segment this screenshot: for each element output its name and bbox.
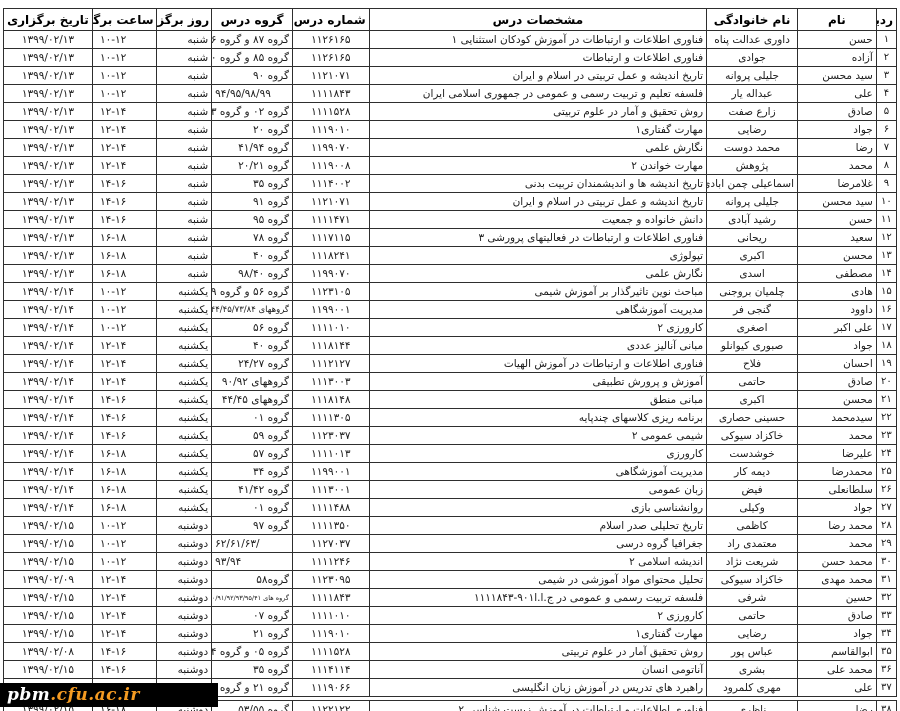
date-cell: ۱۳۹۹/۰۲/۱۵	[4, 553, 93, 571]
time-cell: ۱۴-۱۶	[92, 193, 156, 211]
course-number-cell: ۱۱۱۱۸۴۳	[292, 85, 369, 103]
date-cell: ۱۳۹۹/۰۲/۱۴	[4, 499, 93, 517]
table-row: ۱حسنداوری عدالت پناهفناوری اطلاعات و ارت…	[4, 31, 897, 49]
course-group-cell: گروه ۴۰	[212, 337, 293, 355]
course-title-cell: تاریخ اندیشه و عمل تربیتی در اسلام و ایر…	[369, 193, 706, 211]
row-number-cell: ۲	[876, 49, 896, 67]
row-number-cell: ۲۸	[876, 517, 896, 535]
first-name-cell: سلطانعلی	[798, 481, 877, 499]
row-number-cell: ۱۶	[876, 301, 896, 319]
time-cell: ۱۲-۱۴	[92, 157, 156, 175]
row-number-cell: ۲۹	[876, 535, 896, 553]
course-title-cell: برنامه ریزی کلاسهای چندپایه	[369, 409, 706, 427]
course-group-cell: گروه ۰۱	[212, 499, 293, 517]
table-row: ۳۳صادقحاتمیکارورزی ۲۱۱۱۱۰۱۰گروه ۰۷دوشنبه…	[4, 607, 897, 625]
row-number-cell: ۲۳	[876, 427, 896, 445]
course-number-cell: ۱۱۲۳۰۳۷	[292, 427, 369, 445]
date-cell: ۱۳۹۹/۰۲/۰۹	[4, 571, 93, 589]
table-row: ۳۶محمد علیبشریآناتومی انسان۱۱۱۴۱۱۴گروه ۳…	[4, 661, 897, 679]
course-group-cell: گروه۵۸	[212, 571, 293, 589]
last-name-cell: اسماعیلی چمن ابادی	[707, 175, 798, 193]
row-number-cell: ۳۳	[876, 607, 896, 625]
date-cell: ۱۳۹۹/۰۲/۱۴	[4, 373, 93, 391]
course-title-cell: آناتومی انسان	[369, 661, 706, 679]
date-cell: ۱۳۹۹/۰۲/۱۴	[4, 463, 93, 481]
table-row: ۸محمدپژوهشمهارت خواندن ۲۱۱۱۹۰۰۸گروه ۲۰/۲…	[4, 157, 897, 175]
course-group-cell: گروه ۹۰	[212, 67, 293, 85]
table-row: ۴علیعبداله یارفلسفه تعلیم و تربیت رسمی و…	[4, 85, 897, 103]
table-row: ۲آزادهجوادیفناوری اطلاعات و ارتباطات۱۱۲۶…	[4, 49, 897, 67]
first-name-cell: علی	[798, 85, 877, 103]
time-cell: ۱۲-۱۴	[92, 607, 156, 625]
day-cell: یکشنبه	[156, 409, 212, 427]
exam-schedule-table: ردیف نام نام خانوادگی مشخصات درس شماره د…	[3, 8, 897, 711]
table-row: ۱۱حسنرشید آبادیدانش خانواده و جمعیت۱۱۱۱۴…	[4, 211, 897, 229]
course-title-cell: مدیریت آموزشگاهی	[369, 463, 706, 481]
day-cell: دوشنبه	[156, 589, 212, 607]
day-cell: شنبه	[156, 49, 212, 67]
table-row: ۲۱محسناکبریمبانی منطق۱۱۱۸۱۴۸گروههای ۴۴/۴…	[4, 391, 897, 409]
first-name-cell: رضا	[798, 139, 877, 157]
course-number-cell: ۱۱۲۳۱۰۵	[292, 283, 369, 301]
date-cell: ۱۳۹۹/۰۲/۱۳	[4, 49, 93, 67]
date-cell: ۱۳۹۹/۰۲/۱۳	[4, 157, 93, 175]
time-cell: ۱۲-۱۴	[92, 121, 156, 139]
table-row: ۹غلامرضااسماعیلی چمن ابادیتاریخ اندیشه ه…	[4, 175, 897, 193]
date-cell: ۱۳۹۹/۰۲/۰۸	[4, 643, 93, 661]
row-number-cell: ۷	[876, 139, 896, 157]
first-name-cell: جواد	[798, 625, 877, 643]
last-name-cell: خوشدست	[707, 445, 798, 463]
row-number-cell: ۲۵	[876, 463, 896, 481]
course-number-cell: ۱۱۹۹۰۷۰	[292, 139, 369, 157]
course-title-cell: روانشناسی بازی	[369, 499, 706, 517]
first-name-cell: مصطفی	[798, 265, 877, 283]
course-group-cell: گروه ۰۱	[212, 409, 293, 427]
day-cell: شنبه	[156, 175, 212, 193]
date-cell: ۱۳۹۹/۰۲/۱۴	[4, 337, 93, 355]
table-row: ۱۲سعیدریحانیفناوری اطلاعات و ارتباطات در…	[4, 229, 897, 247]
last-name-cell: معتمدی راد	[707, 535, 798, 553]
course-title-cell: تپولوژی	[369, 247, 706, 265]
table-row: ۱۶داوودگنجی فرمدیریت آموزشگاهی۱۱۹۹۰۰۱گرو…	[4, 301, 897, 319]
time-cell: ۱۶-۱۸	[92, 499, 156, 517]
day-cell: دوشنبه	[156, 607, 212, 625]
first-name-cell: جواد	[798, 121, 877, 139]
course-group-cell: گروههای ۴۴/۴۵/۷۳/۸۴	[212, 301, 293, 319]
course-group-cell: گروه ۹۵	[212, 211, 293, 229]
day-cell: یکشنبه	[156, 355, 212, 373]
course-title-cell: نگارش علمی	[369, 265, 706, 283]
course-group-cell: گروه های ۹۰/۹۱/۹۲/۹۳/۹۵/۴۱	[212, 589, 293, 607]
header-row-number: ردیف	[876, 9, 896, 31]
course-title-cell: فلسفه تربیت رسمی و عمومی در ج.ا.ا۹۰۱-۱۱۱…	[369, 589, 706, 607]
date-cell: ۱۳۹۹/۰۲/۱۵	[4, 517, 93, 535]
day-cell: شنبه	[156, 265, 212, 283]
date-cell: ۱۳۹۹/۰۲/۱۳	[4, 211, 93, 229]
row-number-cell: ۳۰	[876, 553, 896, 571]
course-number-cell: ۱۱۲۶۱۶۵	[292, 49, 369, 67]
course-number-cell: ۱۱۲۷۰۳۷	[292, 535, 369, 553]
first-name-cell: علی	[798, 679, 877, 697]
first-name-cell: حسین	[798, 589, 877, 607]
last-name-cell: جوادی	[707, 49, 798, 67]
date-cell: ۱۳۹۹/۰۲/۱۵	[4, 607, 93, 625]
course-group-cell: ۶۲/۶۱/۶۳/	[212, 535, 293, 553]
last-name-cell: رضایی	[707, 625, 798, 643]
course-title-cell: مبانی آنالیز عددی	[369, 337, 706, 355]
date-cell: ۱۳۹۹/۰۲/۱۳	[4, 31, 93, 49]
last-name-cell: عبداله یار	[707, 85, 798, 103]
last-name-cell: فیض	[707, 481, 798, 499]
last-name-cell: صبوری کیوانلو	[707, 337, 798, 355]
table-row: ۶جوادرضاییمهارت گفتاری۱۱۱۱۹۰۱۰گروه ۲۰شنب…	[4, 121, 897, 139]
time-cell: ۱۲-۱۴	[92, 103, 156, 121]
date-cell: ۱۳۹۹/۰۲/۱۳	[4, 193, 93, 211]
row-number-cell: ۱۷	[876, 319, 896, 337]
course-group-cell: گروه ۵۹	[212, 427, 293, 445]
course-group-cell: گروه ۸۵ و گروه ۸۰	[212, 49, 293, 67]
first-name-cell: احسان	[798, 355, 877, 373]
last-name-cell: ریحانی	[707, 229, 798, 247]
last-name-cell: خاکزاد سیوکی	[707, 427, 798, 445]
row-number-cell: ۳۲	[876, 589, 896, 607]
day-cell: شنبه	[156, 85, 212, 103]
table-row: ۳۵ابوالقاسمعباس پورروش تحقیق آمار در علو…	[4, 643, 897, 661]
time-cell: ۱۰-۱۲	[92, 553, 156, 571]
date-cell: ۱۳۹۹/۰۲/۱۳	[4, 175, 93, 193]
first-name-cell: سید محسن	[798, 67, 877, 85]
first-name-cell: هادی	[798, 283, 877, 301]
course-number-cell: ۱۱۱۹۰۱۰	[292, 625, 369, 643]
time-cell: ۱۰-۱۲	[92, 85, 156, 103]
date-cell: ۱۳۹۹/۰۲/۱۴	[4, 409, 93, 427]
first-name-cell: سعید	[798, 229, 877, 247]
course-group-cell: گروه ۲۱	[212, 625, 293, 643]
first-name-cell: ابوالقاسم	[798, 643, 877, 661]
row-number-cell: ۲۶	[876, 481, 896, 499]
first-name-cell: محمد رضا	[798, 517, 877, 535]
course-group-cell: ۹۴/۹۵/۹۸/۹۹	[212, 85, 293, 103]
watermark-prefix: pbm	[7, 685, 50, 705]
row-number-cell: ۲۷	[876, 499, 896, 517]
row-number-cell: ۱۴	[876, 265, 896, 283]
table-row: ۱۸جوادصبوری کیوانلومبانی آنالیز عددی۱۱۱۸…	[4, 337, 897, 355]
course-group-cell: گروه ۰۷	[212, 607, 293, 625]
row-number-cell: ۳۸	[876, 701, 896, 711]
course-title-cell: تاریخ اندیشه و عمل تربیتی در اسلام و ایر…	[369, 67, 706, 85]
header-first-name: نام	[798, 9, 877, 31]
course-title-cell: کارورزی	[369, 445, 706, 463]
course-title-cell: فناوری اطلاعات و ارتباطات در آموزش زیست …	[369, 701, 706, 711]
row-number-cell: ۳۴	[876, 625, 896, 643]
header-course-number: شماره درس	[292, 9, 369, 31]
time-cell: ۱۲-۱۴	[92, 589, 156, 607]
table-row: ۱۳محسناکبریتپولوژی۱۱۱۸۲۴۱گروه ۴۰شنبه۱۶-۱…	[4, 247, 897, 265]
course-number-cell: ۱۱۱۱۰۱۰	[292, 319, 369, 337]
date-cell: ۱۳۹۹/۰۲/۱۳	[4, 139, 93, 157]
first-name-cell: غلامرضا	[798, 175, 877, 193]
site-watermark: pbm.cfu.ac.ir	[0, 683, 218, 707]
time-cell: ۱۲-۱۴	[92, 373, 156, 391]
first-name-cell: حسن	[798, 211, 877, 229]
course-number-cell: ۱۱۱۱۸۴۳	[292, 589, 369, 607]
date-cell: ۱۳۹۹/۰۲/۱۳	[4, 121, 93, 139]
course-number-cell: ۱۱۱۱۴۸۸	[292, 499, 369, 517]
course-group-cell: گروه ۳۵	[212, 661, 293, 679]
time-cell: ۱۰-۱۲	[92, 301, 156, 319]
time-cell: ۱۰-۱۲	[92, 517, 156, 535]
row-number-cell: ۲۱	[876, 391, 896, 409]
row-number-cell: ۵	[876, 103, 896, 121]
course-title-cell: راهبرد های تدریس در آموزش زبان انگلیسی	[369, 679, 706, 697]
course-group-cell: ۹۳/۹۴	[212, 553, 293, 571]
course-group-cell: گروه ۵۶ و گروه ۵۹	[212, 283, 293, 301]
table-row: ۲۵محمدرضادیمه کارمدیریت آموزشگاهی۱۱۹۹۰۰۱…	[4, 463, 897, 481]
last-name-cell: شریعت نژاد	[707, 553, 798, 571]
day-cell: دوشنبه	[156, 625, 212, 643]
course-title-cell: فلسفه تعلیم و تربیت رسمی و عمومی در جمهو…	[369, 85, 706, 103]
course-number-cell: ۱۱۱۱۳۰۵	[292, 409, 369, 427]
header-time: ساعت برگزاری	[92, 9, 156, 31]
time-cell: ۱۴-۱۶	[92, 427, 156, 445]
date-cell: ۱۳۹۹/۰۲/۱۴	[4, 319, 93, 337]
course-group-cell: گروه ۹۸/۴۰	[212, 265, 293, 283]
day-cell: دوشنبه	[156, 661, 212, 679]
header-date: تاریخ برگزاری	[4, 9, 93, 31]
date-cell: ۱۳۹۹/۰۲/۱۴	[4, 283, 93, 301]
day-cell: یکشنبه	[156, 391, 212, 409]
course-number-cell: ۱۱۲۳۰۹۵	[292, 571, 369, 589]
last-name-cell: رضایی	[707, 121, 798, 139]
time-cell: ۱۲-۱۴	[92, 139, 156, 157]
row-number-cell: ۳۶	[876, 661, 896, 679]
first-name-cell: محمد حسن	[798, 553, 877, 571]
course-group-cell: گروه ۲۴/۲۷	[212, 355, 293, 373]
course-title-cell: آموزش و پرورش تطبیقی	[369, 373, 706, 391]
row-number-cell: ۶	[876, 121, 896, 139]
course-group-cell: گروه ۷۸	[212, 229, 293, 247]
first-name-cell: صادق	[798, 373, 877, 391]
last-name-cell: فلاح	[707, 355, 798, 373]
row-number-cell: ۲۰	[876, 373, 896, 391]
course-title-cell: کارورزی ۲	[369, 607, 706, 625]
course-number-cell: ۱۱۱۸۱۴۸	[292, 391, 369, 409]
day-cell: دوشنبه	[156, 643, 212, 661]
course-number-cell: ۱۱۲۲۱۲۲	[292, 701, 369, 711]
row-number-cell: ۲۴	[876, 445, 896, 463]
table-row: ۲۶سلطانعلیفیضزبان عمومی۱۱۱۳۰۰۱گروه ۴۱/۴۲…	[4, 481, 897, 499]
time-cell: ۱۴-۱۶	[92, 175, 156, 193]
date-cell: ۱۳۹۹/۰۲/۱۴	[4, 445, 93, 463]
first-name-cell: جواد	[798, 499, 877, 517]
row-number-cell: ۱۲	[876, 229, 896, 247]
course-title-cell: زبان عمومی	[369, 481, 706, 499]
course-number-cell: ۱۱۱۱۰۱۳	[292, 445, 369, 463]
course-number-cell: ۱۱۹۹۰۷۰	[292, 265, 369, 283]
course-title-cell: مباحث نوین تاثیرگذار بر آموزش شیمی	[369, 283, 706, 301]
last-name-cell: دیمه کار	[707, 463, 798, 481]
header-row: ردیف نام نام خانوادگی مشخصات درس شماره د…	[4, 9, 897, 31]
day-cell: یکشنبه	[156, 481, 212, 499]
course-title-cell: مهارت گفتاری۱	[369, 121, 706, 139]
row-number-cell: ۱۸	[876, 337, 896, 355]
last-name-cell: حاتمی	[707, 373, 798, 391]
time-cell: ۱۶-۱۸	[92, 247, 156, 265]
table-row: ۱۷علی اکبراصغریکارورزی ۲۱۱۱۱۰۱۰گروه ۵۶یک…	[4, 319, 897, 337]
course-group-cell: گروههای ۹۰/۹۲	[212, 373, 293, 391]
time-cell: ۱۶-۱۸	[92, 229, 156, 247]
day-cell: دوشنبه	[156, 517, 212, 535]
day-cell: یکشنبه	[156, 283, 212, 301]
row-number-cell: ۹	[876, 175, 896, 193]
date-cell: ۱۳۹۹/۰۲/۱۳	[4, 85, 93, 103]
row-number-cell: ۲۲	[876, 409, 896, 427]
last-name-cell: خاکزاد سیوکی	[707, 571, 798, 589]
course-title-cell: مهارت گفتاری۱	[369, 625, 706, 643]
table-row: ۳۲حسینشرفیفلسفه تربیت رسمی و عمومی در ج.…	[4, 589, 897, 607]
last-name-cell: جلیلی پروانه	[707, 67, 798, 85]
date-cell: ۱۳۹۹/۰۲/۱۴	[4, 391, 93, 409]
row-number-cell: ۱۱	[876, 211, 896, 229]
course-title-cell: فناوری اطلاعات و ارتباطات در فعالیتهای پ…	[369, 229, 706, 247]
course-title-cell: تحلیل محتوای مواد آموزشی در شیمی	[369, 571, 706, 589]
date-cell: ۱۳۹۹/۰۲/۱۴	[4, 301, 93, 319]
last-name-cell: چلمیان بروجنی	[707, 283, 798, 301]
course-number-cell: ۱۱۱۱۵۲۸	[292, 103, 369, 121]
first-name-cell: علیرضا	[798, 445, 877, 463]
course-title-cell: روش تحقیق آمار در علوم تربیتی	[369, 643, 706, 661]
row-number-cell: ۳۱	[876, 571, 896, 589]
course-number-cell: ۱۱۱۳۰۰۱	[292, 481, 369, 499]
time-cell: ۱۶-۱۸	[92, 265, 156, 283]
time-cell: ۱۰-۱۲	[92, 31, 156, 49]
day-cell: شنبه	[156, 67, 212, 85]
time-cell: ۱۲-۱۴	[92, 355, 156, 373]
first-name-cell: صادق	[798, 607, 877, 625]
date-cell: ۱۳۹۹/۰۲/۱۴	[4, 427, 93, 445]
first-name-cell: محمد	[798, 157, 877, 175]
time-cell: ۱۴-۱۶	[92, 211, 156, 229]
row-number-cell: ۳	[876, 67, 896, 85]
course-number-cell: ۱۱۱۴۰۰۲	[292, 175, 369, 193]
last-name-cell: عباس پور	[707, 643, 798, 661]
last-name-cell: ناظری	[707, 701, 798, 711]
first-name-cell: محسن	[798, 247, 877, 265]
day-cell: یکشنبه	[156, 301, 212, 319]
time-cell: ۱۰-۱۲	[92, 49, 156, 67]
table-row: ۲۳محمدخاکزاد سیوکیشیمی عمومی ۲۱۱۲۳۰۳۷گرو…	[4, 427, 897, 445]
first-name-cell: داوود	[798, 301, 877, 319]
date-cell: ۱۳۹۹/۰۲/۱۵	[4, 589, 93, 607]
day-cell: یکشنبه	[156, 319, 212, 337]
table-row: ۱۴مصطفیاسدینگارش علمی۱۱۹۹۰۷۰گروه ۹۸/۴۰شن…	[4, 265, 897, 283]
first-name-cell: آزاده	[798, 49, 877, 67]
course-title-cell: نگارش علمی	[369, 139, 706, 157]
course-number-cell: ۱۱۹۹۰۰۱	[292, 301, 369, 319]
course-number-cell: ۱۱۱۷۱۱۵	[292, 229, 369, 247]
course-title-cell: تاریخ اندیشه ها و اندیشمندان تربیت بدنی	[369, 175, 706, 193]
row-number-cell: ۱	[876, 31, 896, 49]
course-number-cell: ۱۱۱۴۱۱۴	[292, 661, 369, 679]
day-cell: شنبه	[156, 211, 212, 229]
time-cell: ۱۴-۱۶	[92, 391, 156, 409]
day-cell: شنبه	[156, 247, 212, 265]
course-group-cell: گروه ۲۱ و گروه ۲۰	[212, 679, 293, 697]
course-group-cell: گروههای ۴۴/۴۵	[212, 391, 293, 409]
header-course-group: گروه درس	[212, 9, 293, 31]
course-number-cell: ۱۱۱۹۰۰۸	[292, 157, 369, 175]
course-number-cell: ۱۱۱۱۲۴۶	[292, 553, 369, 571]
date-cell: ۱۳۹۹/۰۲/۱۵	[4, 625, 93, 643]
time-cell: ۱۰-۱۲	[92, 319, 156, 337]
row-number-cell: ۱۰	[876, 193, 896, 211]
first-name-cell: رضا	[798, 701, 877, 711]
date-cell: ۱۳۹۹/۰۲/۱۳	[4, 229, 93, 247]
time-cell: ۱۲-۱۴	[92, 337, 156, 355]
course-group-cell: گروه ۵۳/۵۵	[212, 701, 293, 711]
course-group-cell: گروه ۰۵ و گروه ۰۴	[212, 643, 293, 661]
day-cell: شنبه	[156, 103, 212, 121]
table-row: ۳سید محسنجلیلی پروانهتاریخ اندیشه و عمل …	[4, 67, 897, 85]
last-name-cell: شرفی	[707, 589, 798, 607]
last-name-cell: اصغری	[707, 319, 798, 337]
row-number-cell: ۸	[876, 157, 896, 175]
first-name-cell: صادق	[798, 103, 877, 121]
course-number-cell: ۱۱۱۸۲۴۱	[292, 247, 369, 265]
table-row: ۲۹محمدمعتمدی رادجغرافیا گروه درسی۱۱۲۷۰۳۷…	[4, 535, 897, 553]
date-cell: ۱۳۹۹/۰۲/۱۵	[4, 661, 93, 679]
row-number-cell: ۱۳	[876, 247, 896, 265]
course-group-cell: گروه ۹۱	[212, 193, 293, 211]
course-group-cell: گروه ۴۱/۹۴	[212, 139, 293, 157]
table-row: ۳۱محمد مهدیخاکزاد سیوکیتحلیل محتوای مواد…	[4, 571, 897, 589]
date-cell: ۱۳۹۹/۰۲/۱۳	[4, 247, 93, 265]
table-row: ۲۷جوادوکیلیروانشناسی بازی۱۱۱۱۴۸۸گروه ۰۱ی…	[4, 499, 897, 517]
course-number-cell: ۱۱۱۳۰۰۳	[292, 373, 369, 391]
last-name-cell: مهری کلمرود	[707, 679, 798, 697]
course-title-cell: فناوری اطلاعات و ارتباطات در آموزش کودکا…	[369, 31, 706, 49]
course-title-cell: شیمی عمومی ۲	[369, 427, 706, 445]
time-cell: ۱۴-۱۶	[92, 661, 156, 679]
course-number-cell: ۱۱۲۶۱۶۵	[292, 31, 369, 49]
table-row: ۳۴جوادرضاییمهارت گفتاری۱۱۱۱۹۰۱۰گروه ۲۱دو…	[4, 625, 897, 643]
last-name-cell: حسینی حصاری	[707, 409, 798, 427]
date-cell: ۱۳۹۹/۰۲/۱۳	[4, 103, 93, 121]
day-cell: یکشنبه	[156, 337, 212, 355]
course-number-cell: ۱۱۱۱۳۵۰	[292, 517, 369, 535]
day-cell: یکشنبه	[156, 427, 212, 445]
day-cell: شنبه	[156, 193, 212, 211]
watermark-suffix: .cfu.ac.ir	[50, 685, 140, 705]
date-cell: ۱۳۹۹/۰۲/۱۴	[4, 355, 93, 373]
date-cell: ۱۳۹۹/۰۲/۱۵	[4, 535, 93, 553]
course-title-cell: فناوری اطلاعات و ارتباطات در آموزش الهیا…	[369, 355, 706, 373]
course-title-cell: دانش خانواده و جمعیت	[369, 211, 706, 229]
course-number-cell: ۱۱۱۱۵۲۸	[292, 643, 369, 661]
last-name-cell: داوری عدالت پناه	[707, 31, 798, 49]
first-name-cell: محمدرضا	[798, 463, 877, 481]
course-group-cell: گروه ۳۵	[212, 175, 293, 193]
day-cell: یکشنبه	[156, 445, 212, 463]
last-name-cell: پژوهش	[707, 157, 798, 175]
day-cell: دوشنبه	[156, 535, 212, 553]
first-name-cell: محمد علی	[798, 661, 877, 679]
day-cell: یکشنبه	[156, 463, 212, 481]
course-title-cell: مهارت خواندن ۲	[369, 157, 706, 175]
table-row: ۲۴علیرضاخوشدستکارورزی۱۱۱۱۰۱۳گروه ۵۷یکشنب…	[4, 445, 897, 463]
table-row: ۱۰سید محسنجلیلی پروانهتاریخ اندیشه و عمل…	[4, 193, 897, 211]
